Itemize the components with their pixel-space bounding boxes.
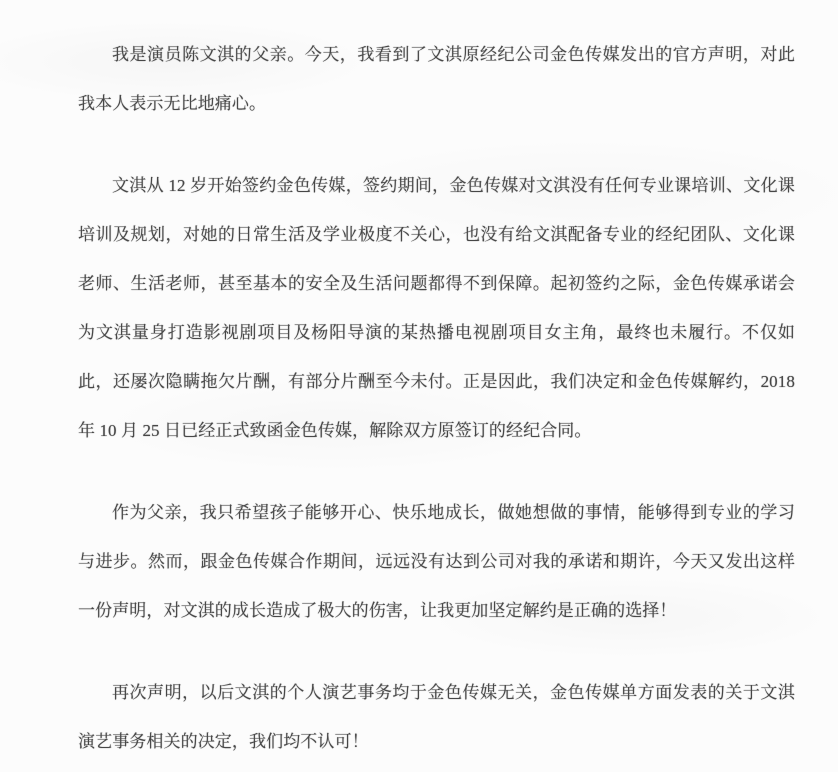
paragraph-intro: 我是演员陈文淇的父亲。今天，我看到了文淇原经纪公司金色传媒发出的官方声明，对此我…: [78, 30, 795, 128]
document-body: 我是演员陈文淇的父亲。今天，我看到了文淇原经纪公司金色传媒发出的官方声明，对此我…: [78, 30, 795, 766]
paragraph-final-declaration: 再次声明，以后文淇的个人演艺事务均于金色传媒无关，金色传媒单方面发表的关于文淇演…: [78, 668, 795, 766]
paragraph-contract-grievances: 文淇从 12 岁开始签约金色传媒，签约期间，金色传媒对文淇没有任何专业课培训、文…: [78, 161, 795, 455]
document-page: 我是演员陈文淇的父亲。今天，我看到了文淇原经纪公司金色传媒发出的官方声明，对此我…: [0, 0, 838, 772]
paragraph-father-statement: 作为父亲，我只希望孩子能够开心、快乐地成长，做她想做的事情，能够得到专业的学习与…: [78, 488, 795, 635]
